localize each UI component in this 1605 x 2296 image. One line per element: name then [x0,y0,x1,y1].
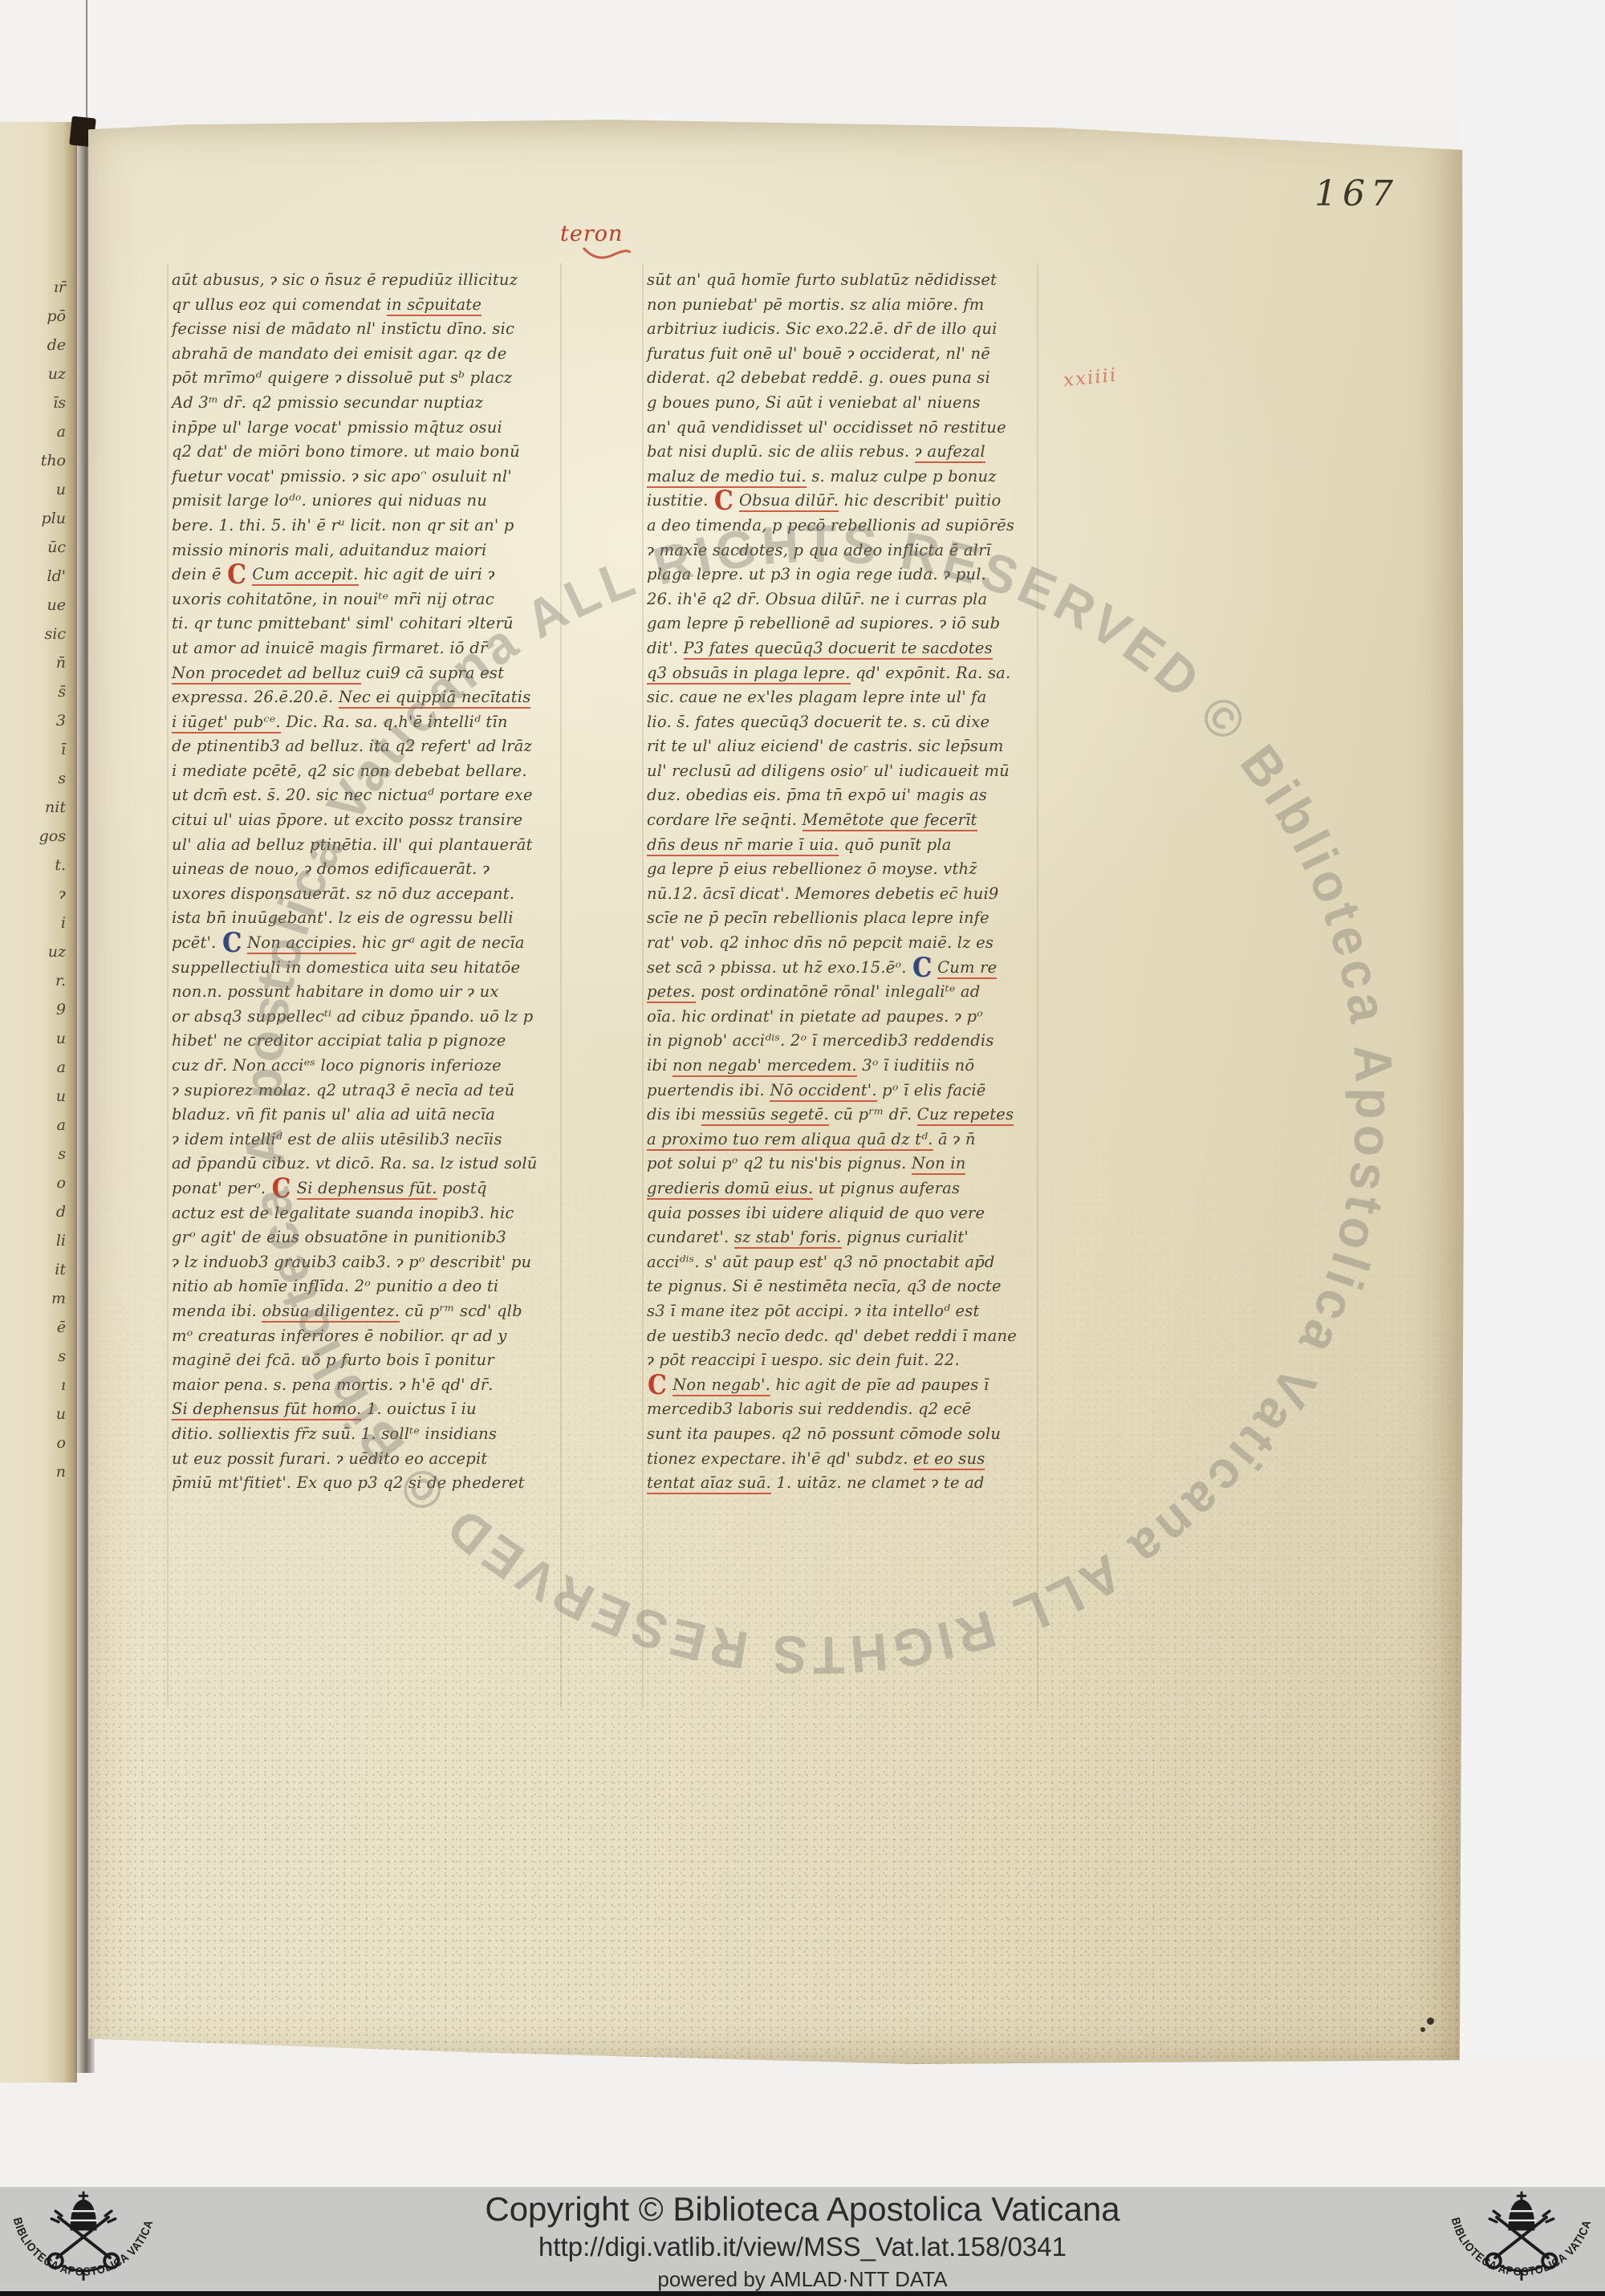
manuscript-line: Non procedet ad belluz cui9 cā supra est [172,661,563,686]
line-end-fragment: n̄ [10,648,66,677]
rubric-flourish [581,242,634,266]
manuscript-line: tentat aīaz suā. 1. uitāz. ne clamet ɂ t… [647,1471,1038,1496]
manuscript-line: nitio ab homīe inflīda. 2ᵒ punitio a deo… [172,1274,563,1299]
line-end-fragment: s [10,1342,66,1371]
manuscript-line: inp̄pe ul' large vocat' pmissio mq̄tuz o… [172,416,563,441]
manuscript-line: ad p̄pandū cibuz. vt dicō. Ra. sa. lz is… [172,1152,563,1176]
rubricated-phrase: q3 obsuās in plaga lepre. [647,664,851,685]
rubricated-phrase: Memētote que fecerīt [802,811,977,831]
line-end-fragment: u [10,1024,66,1053]
manuscript-line: uineas de nouo, ɂ domos edificauerāt. ɂ [172,857,563,882]
line-end-fragment: u [10,1400,66,1428]
manuscript-line: oīa. hic ordinat' in pietate ad paupes. … [647,1005,1038,1030]
line-end-fragment: o [10,1168,66,1197]
manuscript-line: pmisit large loᵈᵒ. uniores qui niduas nu [172,489,563,514]
manuscript-line: mercedib3 laboris sui reddendis. q2 ecē [647,1397,1038,1422]
rubricated-phrase: P3 fates quecūq3 docuerit te sacdotes [684,639,993,660]
manuscript-line: ditio. solliextis fr̄z suū. 1. sollᵗᵉ in… [172,1422,563,1447]
manuscript-line: i iūget' pubᶜᵉ. Dic. Ra. sa. q.h'ē intel… [172,710,563,735]
line-end-fragment: uz [10,937,66,966]
line-end-fragment: gos [10,822,66,851]
manuscript-line: sic. caue ne ex'les plagam lepre inte ul… [647,685,1038,710]
manuscript-line: nū.12. ācsī dicat'. Memores debetis ec̄ … [647,882,1038,907]
manuscript-line: pōt mrīmoᵈ quigere ɂ dissoluē put sᵇ pla… [172,366,563,391]
manuscript-line: expressa. 26.ē.20.ē. Nec ei quippiā necī… [172,685,563,710]
line-end-fragment: u [10,475,66,504]
rubricated-phrase: et eo sus [913,1449,985,1470]
manuscript-line: ibi non negab' mercedem. 3ᵒ ī iuditiis n… [647,1054,1038,1079]
running-header-rubric: teron [560,221,623,246]
line-end-fragment: a [10,1111,66,1140]
line-end-fragment: a [10,417,66,446]
line-end-fragment: it [10,1255,66,1284]
manuscript-line: dn̄s deus nr̄ marie ī uia. quō punīt pla [647,833,1038,858]
rubricated-phrase: Obsua dilūr̄. [739,491,839,512]
ruling-line [642,263,644,1708]
previous-page-sliver: ır̄pōdeuzīsathoupluūcld'uesicn̄s̄3īsnitg… [0,122,77,2083]
previous-page-line-ends: ır̄pōdeuzīsathoupluūcld'uesicn̄s̄3īsnitg… [10,273,66,1486]
rubricated-phrase: dn̄s deus nr̄ marie ī uia. [647,835,839,856]
manuscript-line: bere. 1. thi. 5. ih' ē rᵘ licit. non qr … [172,514,563,538]
line-end-fragment: i [10,908,66,937]
manuscript-line: cuz dr̄. Non acciᵉˢ loco pignoris inferi… [172,1054,563,1079]
line-end-fragment: a [10,1053,66,1082]
line-end-fragment: plu [10,504,66,533]
line-end-fragment: tho [10,446,66,475]
manuscript-line: cundaret'. sz stab' foris. pignus curial… [647,1225,1038,1250]
rubricated-phrase: i iūget' pubᶜᵉ. [172,713,281,734]
manuscript-line: furatus fuit onē ul' bouē ɂ occiderat, n… [647,342,1038,367]
photo-backdrop-top [0,0,1605,120]
manuscript-line: an' quā vendidisset ul' occidisset nō re… [647,416,1038,441]
line-end-fragment: 3 [10,706,66,735]
manuscript-line: ut amor ad inuicē magis firmaret. iō dr̄ [172,636,563,661]
rubricated-phrase: Non negab'. [672,1376,770,1396]
rubricated-phrase: Si dephensus fūt homo. [172,1400,361,1420]
manuscript-line: ɂ maxīe sacdotes, p qua adeo inflicta ē … [647,538,1038,563]
rubricated-phrase: Cum re [937,958,997,979]
line-end-fragment: de [10,331,66,360]
manuscript-line: de ptinentib3 ad belluz. ita q2 refert' … [172,734,563,759]
line-end-fragment: n [10,1457,66,1486]
rubricated-phrase: tentat aīaz suā. [647,1473,771,1494]
footer-url: http://digi.vatlib.it/view/MSS_Vat.lat.1… [0,2232,1605,2262]
manuscript-line: suppellectiuli in domestica uita seu hit… [172,956,563,981]
line-end-fragment: ı [10,1371,66,1400]
line-end-fragment: s [10,1140,66,1168]
manuscript-line: sunt ita paupes. q2 nō possunt cōmode so… [647,1422,1038,1447]
line-end-fragment: o [10,1428,66,1457]
rubricated-phrase: gredieris domū eius. [647,1179,813,1200]
rubricated-phrase: Nō occident'. [770,1081,876,1102]
manuscript-line: ga lepre p̄ eius rebellionez ō moyse. vt… [647,857,1038,882]
manuscript-line: bat nisi duplū. sic de aliis rebus. ɂ au… [647,440,1038,465]
manuscript-line: aūt abusus, ɂ sic o n̄suz ē repudiūz ill… [172,268,563,293]
photo-backdrop-bottom [0,2054,1605,2187]
rubricated-phrase: obsua diligentez. [262,1302,400,1323]
manuscript-line: acciᵈⁱˢ. s' aūt paup est' q3 nō pnoctabi… [647,1250,1038,1275]
line-end-fragment: u [10,1082,66,1111]
line-end-fragment: ue [10,591,66,620]
red-marginal-note: xxiiii [1063,365,1119,392]
line-end-fragment: 9 [10,995,66,1024]
line-end-fragment: d [10,1197,66,1226]
manuscript-line: ɂ idem intelliᵈ est de aliis utēsilib3 n… [172,1128,563,1152]
photo-backdrop-right [1461,0,1605,2187]
manuscript-line: tionez expectare. ih'ē qd' subdz. et eo … [647,1447,1038,1472]
manuscript-line: de uestib3 necīo dedc. qd' debet reddi ī… [647,1324,1038,1349]
manuscript-line: puertendis ibi. Nō occident'. pᵒ ī elis … [647,1079,1038,1103]
line-end-fragment: ld' [10,562,66,591]
manuscript-line: q2 dat' de miōri bono timore. ut maio bo… [172,440,563,465]
line-end-fragment: ē [10,1313,66,1342]
rubricated-phrase: a proximo tuo rem aliqua quā dz tᵈ. [647,1130,933,1151]
line-end-fragment: uz [10,360,66,388]
line-end-fragment: t. [10,851,66,880]
line-end-fragment: sic [10,620,66,648]
rubricated-phrase: Non in [912,1154,966,1175]
manuscript-line: p̄miū mt'fitiet'. Ex quo p3 q2 si de phe… [172,1471,563,1496]
manuscript-line: ɂ lz induob3 grauib3 caib3. ɂ pᵒ describ… [172,1250,563,1275]
footer-bar: Copyright © Biblioteca Apostolica Vatica… [0,2187,1605,2296]
manuscript-line: scīe ne p̄ pecīn rebellionis placa lepre… [647,906,1038,931]
manuscript-line: maginē dei fcā. uō p furto bois ī ponitu… [172,1348,563,1373]
manuscript-line: CNon negab'. hic agit de pīe ad paupes ī [647,1373,1038,1398]
manuscript-column-left: aūt abusus, ɂ sic o n̄suz ē repudiūz ill… [172,268,563,1496]
manuscript-line: ti. qr tunc pmittebant' siml' cohitari ɂ… [172,612,563,636]
line-end-fragment: li [10,1226,66,1255]
manuscript-line: sūt an' quā homīe furto sublatūz nēdidis… [647,268,1038,293]
manuscript-line: te pignus. Si ē nestimēta necīa, q3 de n… [647,1274,1038,1299]
footer-black-strip [0,2291,1605,2296]
manuscript-line: ɂ supiorez molaz. q2 utraq3 ē necīa ad t… [172,1079,563,1103]
vatican-library-logo-left: BIBLIOTECA APOSTOLICA VATICANA [5,2189,162,2292]
manuscript-line: set scā ɂ pbissa. ut hz̄ exo.15.ēᵒ. CCum… [647,956,1038,981]
manuscript-line: in pignob' acciᵈⁱˢ. 2ᵒ ī mercedib3 redde… [647,1029,1038,1054]
manuscript-line: quia posses ibi uidere aliquid de quo ve… [647,1201,1038,1226]
line-end-fragment: ır̄ [10,273,66,302]
rubricated-phrase: petes. [647,982,696,1003]
manuscript-line: actuz est de legalitate suanda inopib3. … [172,1201,563,1226]
footer-powered-by: powered by AMLAD·NTT DATA [0,2267,1605,2292]
manuscript-line: hibet' ne creditor accipiat talia p pign… [172,1029,563,1054]
manuscript-line: bladuz. vn̄ fit panis ul' alia ad uitā n… [172,1103,563,1128]
manuscript-line: a proximo tuo rem aliqua quā dz tᵈ. ā ɂ … [647,1128,1038,1152]
manuscript-line: plaga lepre. ut p3 in ogia rege iuda. ɂ … [647,563,1038,587]
manuscript-line: diderat. q2 debebat reddē. g. oues puna … [647,366,1038,391]
rubricated-phrase: ɂ aufezal [915,442,985,463]
manuscript-line: petes. post ordinatōnē rōnal' inlegaliᵗᵉ… [647,980,1038,1005]
manuscript-scan-page: ır̄pōdeuzīsathoupluūcld'uesicn̄s̄3īsnitg… [0,0,1605,2296]
line-end-fragment: nit [10,793,66,822]
line-end-fragment: ɂ [10,880,66,908]
manuscript-line: fecisse nisi de mādato nl' instīctu dīno… [172,317,563,342]
line-end-fragment: r. [10,966,66,995]
manuscript-line: grᵒ agit' de eius obsuatōne in punitioni… [172,1225,563,1250]
folio-number: 167 [1314,173,1399,214]
rubricated-phrase: Cum accepit. [252,565,358,586]
rubricated-phrase: Cuz repetes [917,1105,1014,1126]
manuscript-line: Si dephensus fūt homo. 1. ouictus ī iu [172,1397,563,1422]
manuscript-line: abrahā de mandato dei emisit agar. qz de [172,342,563,367]
manuscript-line: ul' reclusū ad diligens osioʳ ul' iudica… [647,759,1038,784]
manuscript-line: gam lepre p̄ rebellionē ad supiores. ɂ i… [647,612,1038,636]
manuscript-line: dit'. P3 fates quecūq3 docuerit te sacdo… [647,636,1038,661]
ruling-line [167,263,169,1708]
manuscript-line: maluz de medio tui. s. maluz culpe p bon… [647,465,1038,490]
manuscript-line: non puniebat' pē mortis. sz alia miōre. … [647,293,1038,318]
manuscript-line: i mediate pcētē, q2 sic non debebat bell… [172,759,563,784]
manuscript-line: rat' vob. q2 inhoc dn̄s nō pepcit maiē. … [647,931,1038,956]
manuscript-line: citui ul' uias p̄pore. ut excito possz t… [172,808,563,833]
manuscript-line: cordare lr̄e seq̄nti. Memētote que fecer… [647,808,1038,833]
footer-copyright: Copyright © Biblioteca Apostolica Vatica… [0,2190,1605,2229]
manuscript-line: duz. obedias eis. p̄ma tn̄ expō ui' magi… [647,783,1038,808]
manuscript-line: s3 ī mane itez pōt accipi. ɂ ita intello… [647,1299,1038,1324]
manuscript-line: 26. ih'ē q2 dr̄. Obsua dilūr̄. ne i curr… [647,587,1038,612]
manuscript-line: qr ullus eoz qui comendat in sc̄puitate [172,293,563,318]
rubricated-phrase: Non procedet ad belluz [172,664,361,685]
parchment-page: teron 167 aūt abusus, ɂ sic o n̄suz ē re… [88,119,1464,2064]
line-end-fragment: m [10,1284,66,1313]
manuscript-line: Ad 3ᵐ dr̄. q2 pmissio secundar nuptiaz [172,391,563,416]
manuscript-line: ut euz possit furari. ɂ uēdito eo accepi… [172,1447,563,1472]
manuscript-line: mᵒ creaturas inferiores ē nobilior. qr a… [172,1324,563,1349]
manuscript-line: menda ibi. obsua diligentez. cū pʳᵐ scd'… [172,1299,563,1324]
manuscript-line: a deo timenda, p pecō rebellionis ad sup… [647,514,1038,538]
manuscript-line: dis ibi messiūs segetē. cū pʳᵐ dr̄. Cuz … [647,1103,1038,1128]
line-end-fragment: pō [10,302,66,331]
manuscript-line: fuetur vocat' pmissio. ɂ sic apoᵔ osului… [172,465,563,490]
rubricated-phrase: Si dephensus fūt. [297,1179,437,1200]
manuscript-line: dein ē CCum accepit. hic agit de uiri ɂ [172,563,563,587]
manuscript-line: ul' alia ad belluz ptinētia. ill' qui pl… [172,833,563,858]
line-end-fragment: ūc [10,533,66,562]
manuscript-line: or absq3 suppellecᵗⁱ ad cibuz p̄pando. u… [172,1005,563,1030]
line-end-fragment: īs [10,388,66,417]
manuscript-line: q3 obsuās in plaga lepre. qd' expōnit. R… [647,661,1038,686]
manuscript-line: pot solui pᵒ q2 tu nis'bis pignus. Non i… [647,1152,1038,1176]
page-edge-line [86,0,87,122]
manuscript-line: non.n. possunt habitare in domo uir ɂ ux [172,980,563,1005]
rubricated-phrase: Nec ei quippiā necītatis [339,688,531,709]
rubricated-phrase: in sc̄puitate [387,295,481,316]
manuscript-column-right: sūt an' quā homīe furto sublatūz nēdidis… [647,268,1038,1496]
rubricated-phrase: Non accipies. [247,933,356,954]
manuscript-line: iustitie. CObsua dilūr̄. hic describit' … [647,489,1038,514]
line-end-fragment: s [10,764,66,793]
manuscript-line: lio. s̄. fates quecūq3 docuerit te. s. c… [647,710,1038,735]
manuscript-line: rit te ul' aliuz eiciend' de castris. si… [647,734,1038,759]
rubricated-phrase: messiūs segetē. [701,1105,829,1126]
line-end-fragment: ī [10,735,66,764]
manuscript-line: gredieris domū eius. ut pignus auferas [647,1176,1038,1201]
manuscript-line: ɂ pōt reaccipi ī uespo. sic dein fuit. 2… [647,1348,1038,1373]
manuscript-line: ut dcm̄ est. s̄. 20. sic nec nictuaᵈ por… [172,783,563,808]
manuscript-line: uxoris cohitatōne, in nouiᵗᵉ mr̄i nij ot… [172,587,563,612]
manuscript-line: pcēt'. CNon accipies. hic grᵃ agit de ne… [172,931,563,956]
manuscript-line: arbitriuz iudicis. Sic exo.22.ē. dr̄ de … [647,317,1038,342]
manuscript-line: ponat' perᵒ. CSi dephensus fūt. postq̄ [172,1176,563,1201]
line-end-fragment: s̄ [10,677,66,706]
rubricated-phrase: sz stab' foris. [734,1228,842,1249]
manuscript-line: maior pena. s. pena mortis. ɂ h'ē qd' dr… [172,1373,563,1398]
manuscript-line: g boues puno, Si aūt i veniebat al' niue… [647,391,1038,416]
manuscript-line: uxores disponsauerāt. sz nō duz accepant… [172,882,563,907]
vatican-library-logo-right: BIBLIOTECA APOSTOLICA VATICANA [1443,2189,1600,2292]
rubricated-phrase: non negab' mercedem. [672,1056,857,1077]
